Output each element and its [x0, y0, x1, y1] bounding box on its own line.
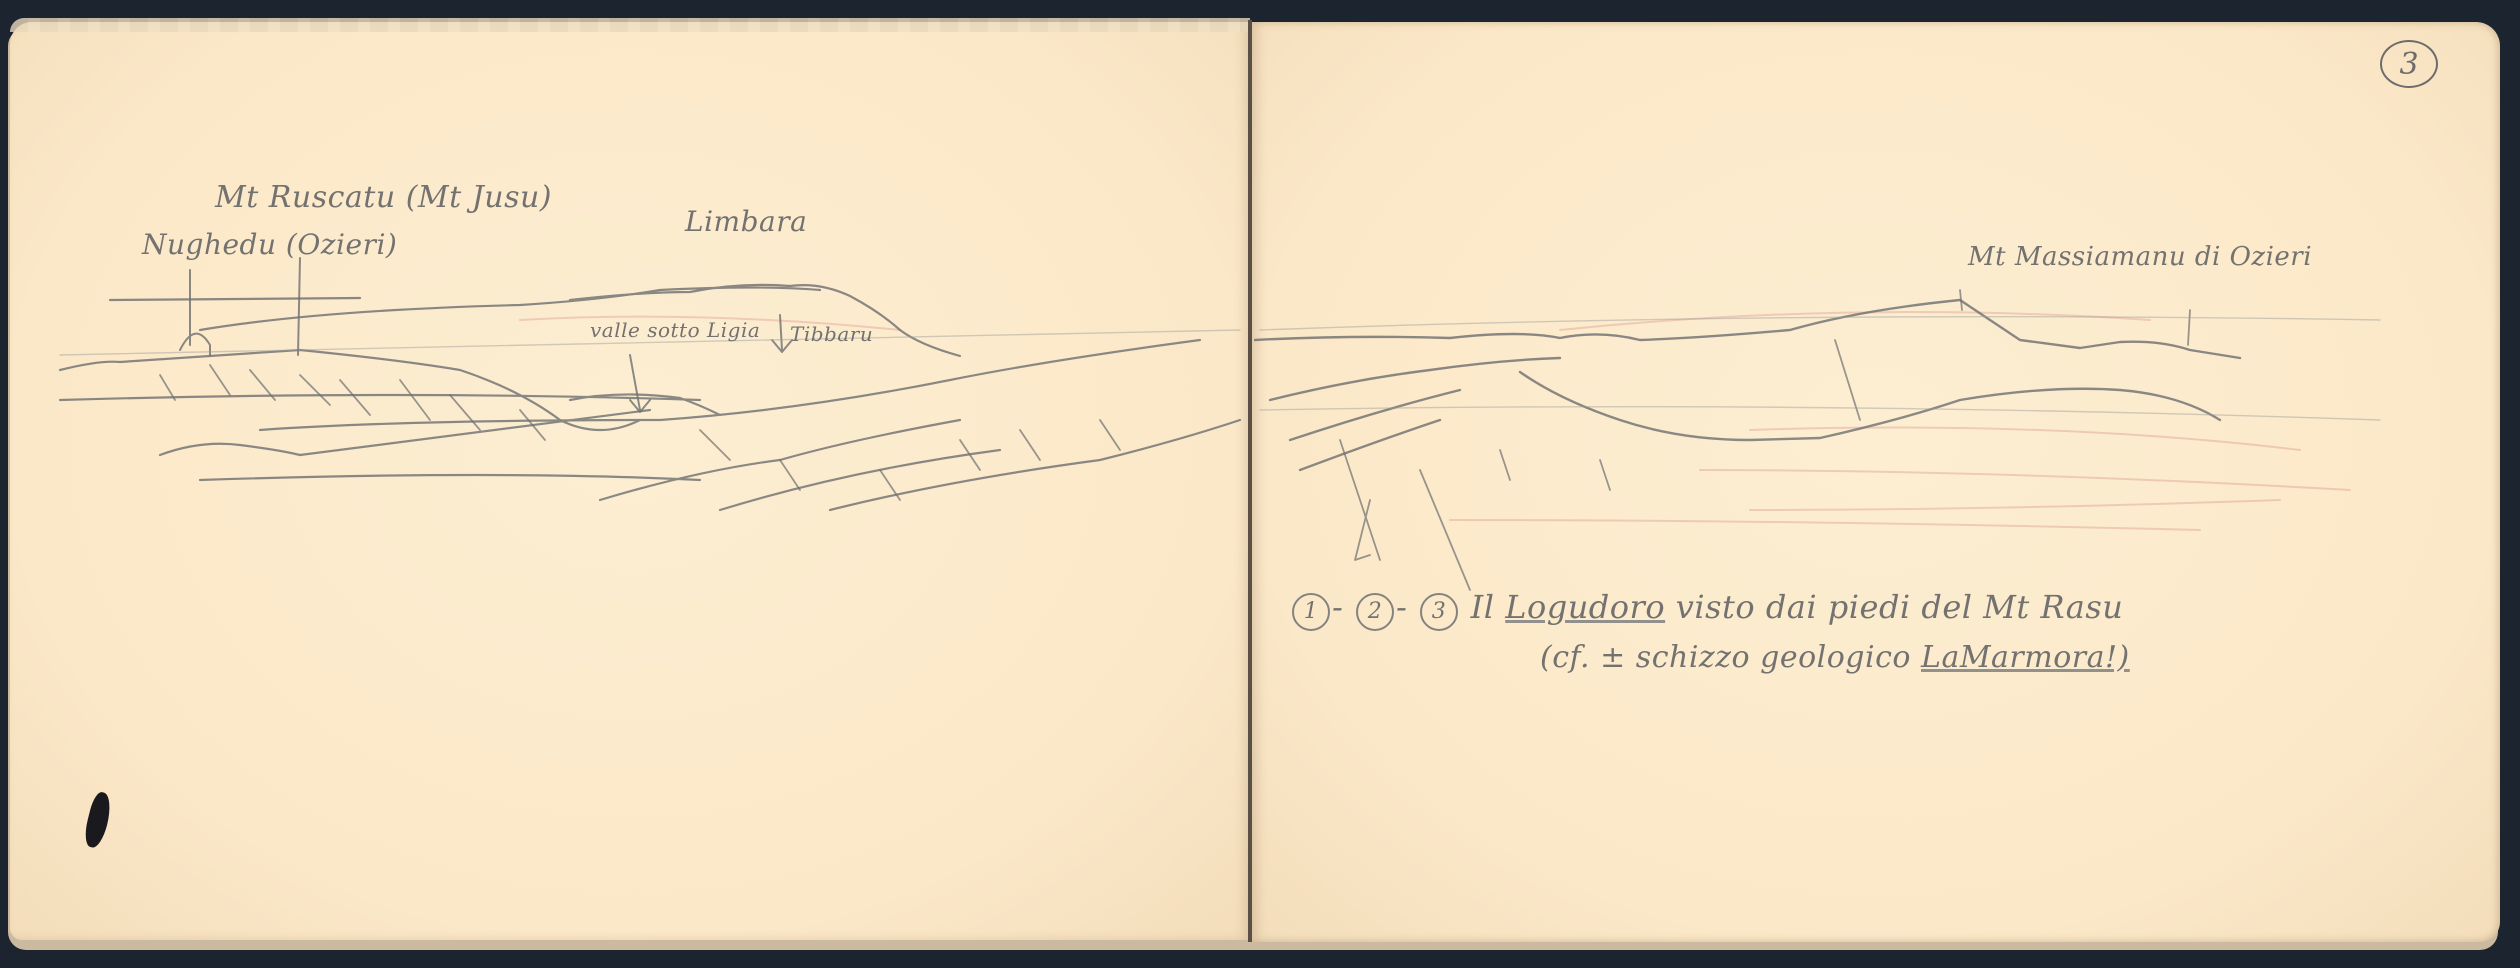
caption-cf: (cf. ±	[1540, 640, 1626, 675]
page-number: 3	[2399, 47, 2418, 82]
label-valley-right: Tibbaru	[790, 322, 873, 346]
caption-text: schizzo geologico	[1636, 640, 1911, 675]
label-peak-top: Mt Ruscatu (Mt Jusu)	[215, 180, 552, 215]
caption-line-1: 1- 2- 3 Il Logudoro visto dai piedi del …	[1290, 588, 2123, 631]
pencil-landscape-sketch	[0, 0, 2520, 968]
label-peak-left: Nughedu (Ozieri)	[142, 228, 397, 261]
label-valley: valle sotto Ligia	[590, 318, 760, 342]
caption-rest: visto dai piedi del Mt Rasu	[1676, 588, 2124, 626]
caption-prefix: Il	[1471, 588, 1495, 626]
ref-circle-3: 3	[1420, 593, 1458, 631]
ref-circle-1: 1	[1292, 593, 1330, 631]
caption-name: LaMarmora!)	[1921, 640, 2130, 675]
caption-place: Logudoro	[1505, 588, 1665, 626]
caption-line-2: (cf. ± schizzo geologico LaMarmora!)	[1540, 640, 2130, 675]
ref-circle-2: 2	[1356, 593, 1394, 631]
label-ridge: Mt Massiamanu di Ozieri	[1968, 242, 2312, 272]
page-number-badge: 3	[2380, 40, 2438, 88]
label-limbara: Limbara	[685, 205, 807, 238]
